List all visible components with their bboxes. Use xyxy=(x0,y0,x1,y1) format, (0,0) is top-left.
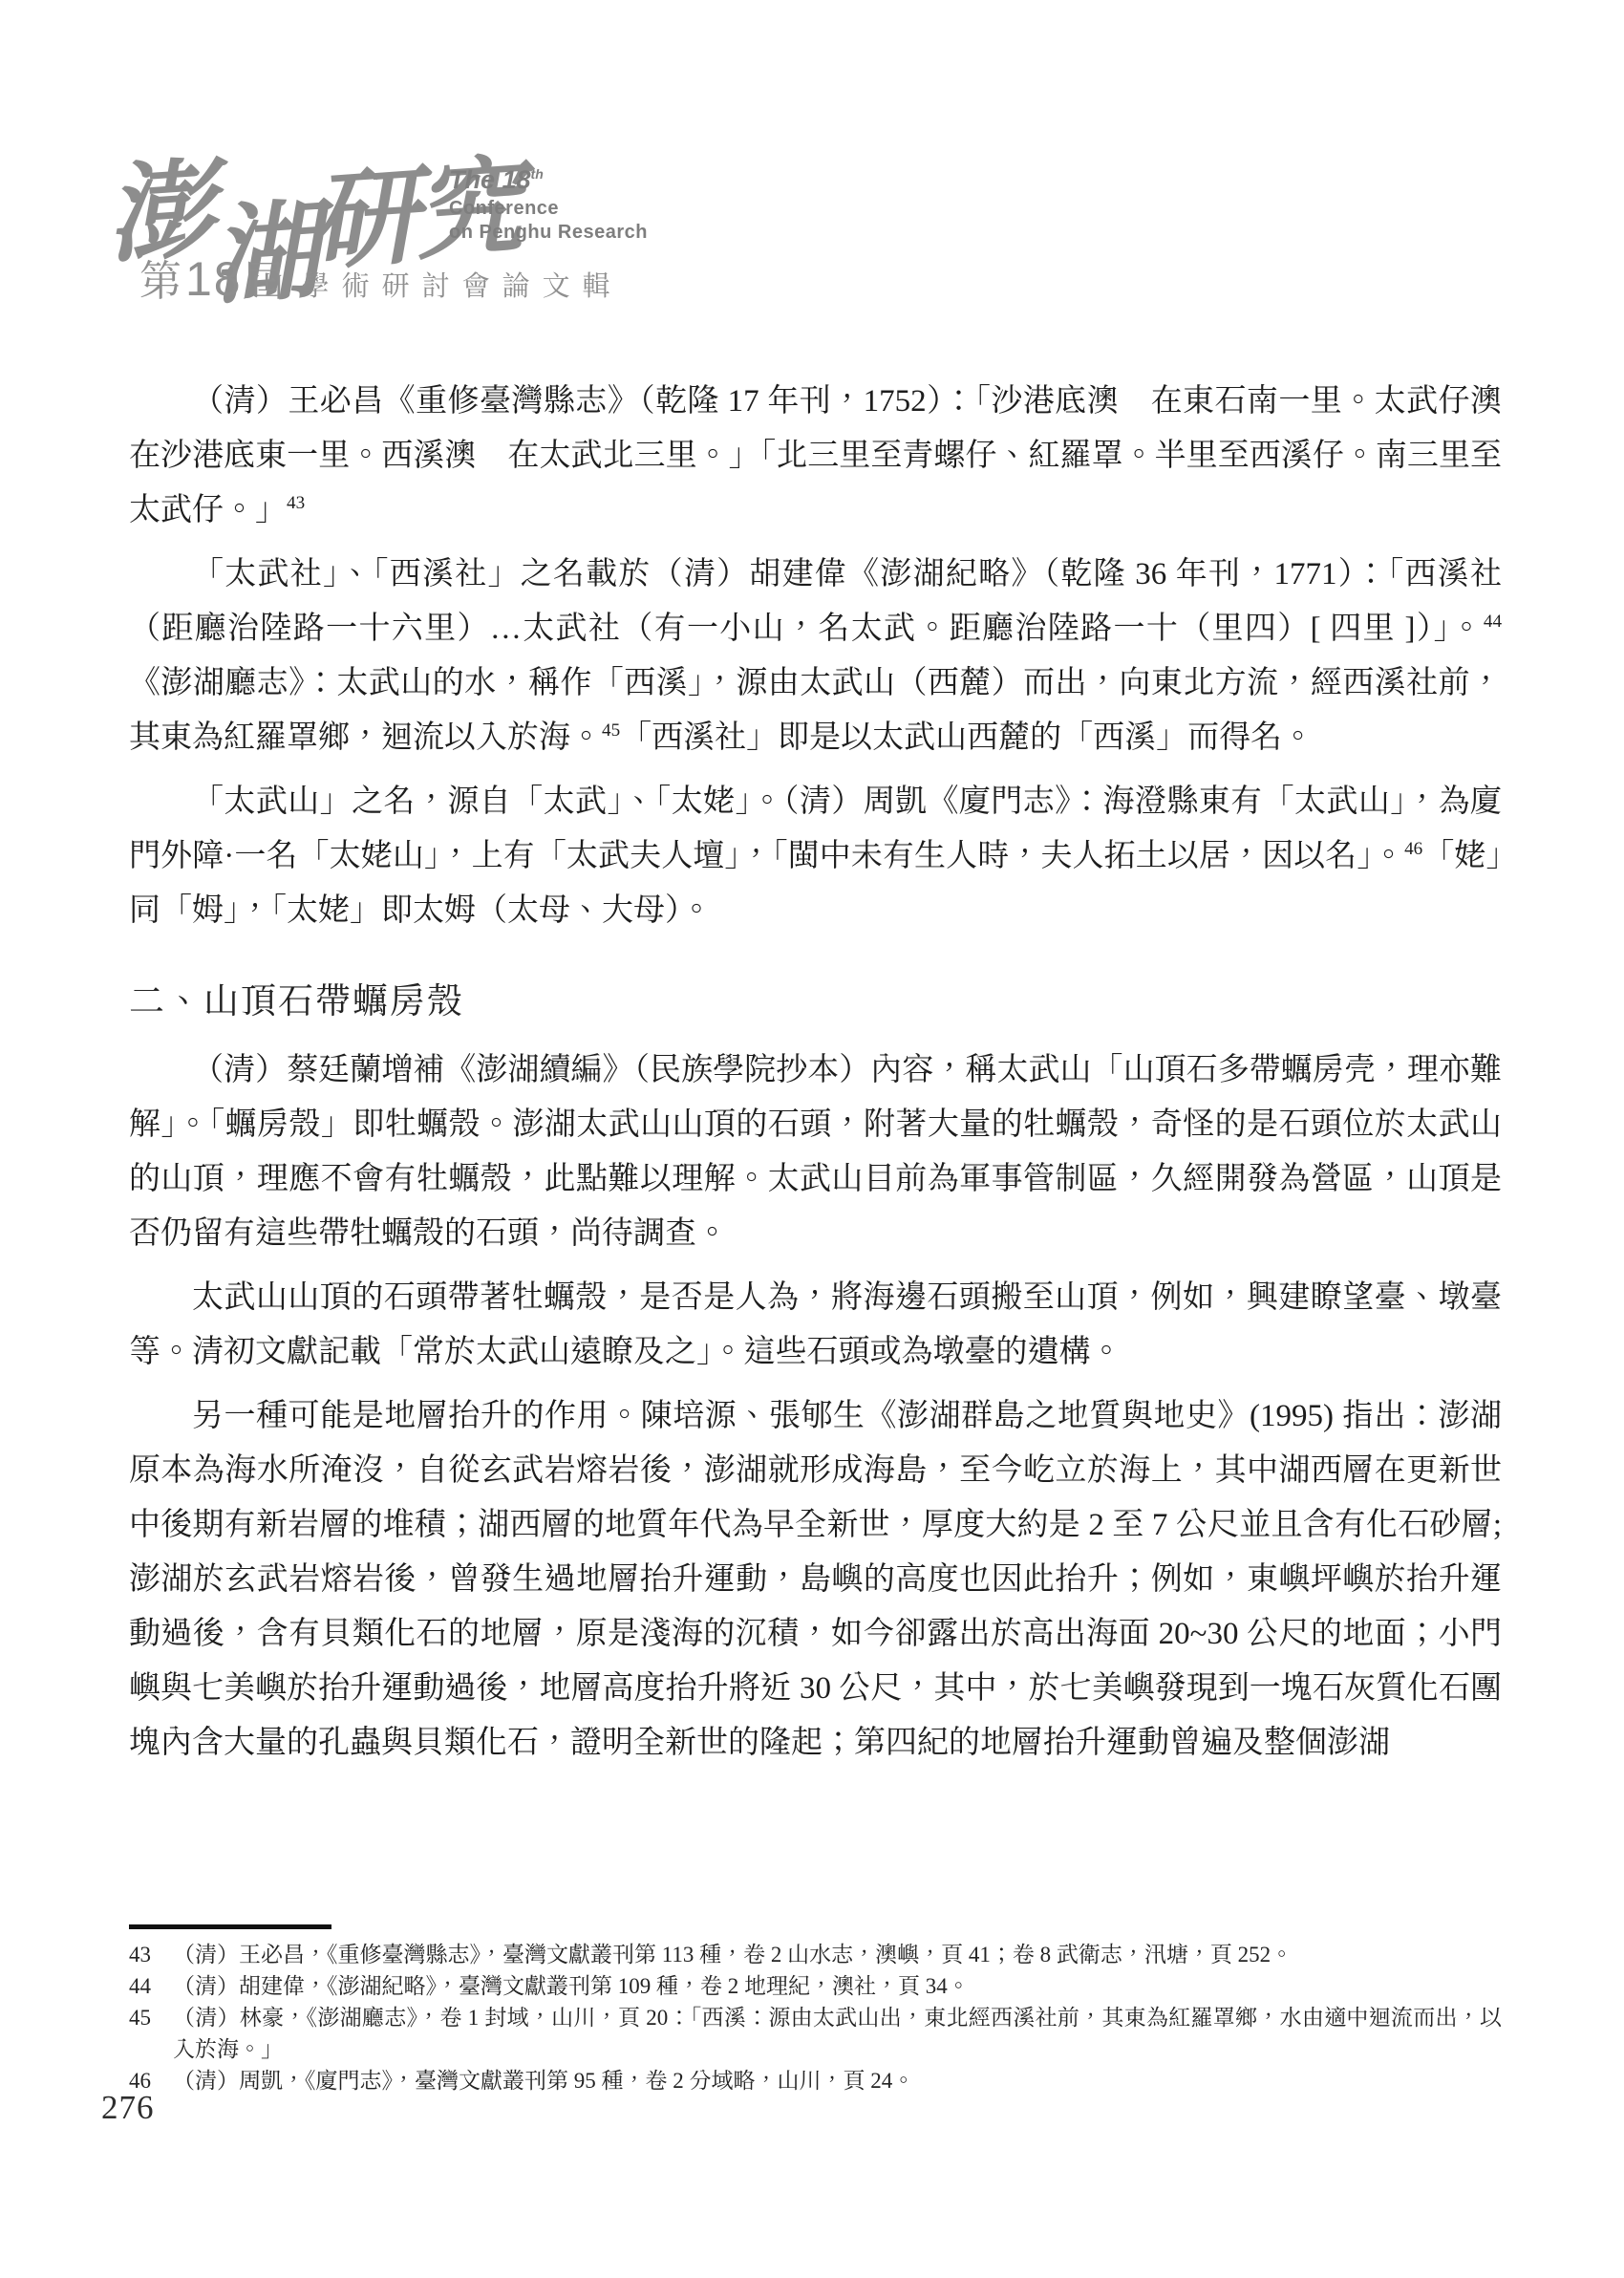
footnote-item-44: 44 （清）胡建偉，《澎湖紀略》，臺灣文獻叢刊第 109 種，卷 2 地理紀，澳… xyxy=(129,1970,1502,2002)
footnote-text: （清）王必昌，《重修臺灣縣志》，臺灣文獻叢刊第 113 種，卷 2 山水志，澳嶼… xyxy=(173,1939,1502,1970)
series-title-line: 第18屆學術研討會論文輯 xyxy=(139,247,623,308)
logo-english-subtitle: The 18th Conference on Penghu Research xyxy=(449,164,648,245)
footnote-item-45: 45 （清）林豪，《澎湖廳志》，卷 1 封域，山川，頁 20：「西溪：源由太武山… xyxy=(129,2002,1502,2065)
series-title: 學術研討會論文輯 xyxy=(302,271,623,302)
footnote-number: 43 xyxy=(129,1939,173,1970)
paragraph-1-text: （清）王必昌《重修臺灣縣志》（乾隆 17 年刊，1752）：「沙港底澳 在東石南… xyxy=(129,384,1533,527)
paragraph-6: 另一種可能是地層抬升的作用。陳培源、張郇生《澎湖群島之地質與地史》(1995) … xyxy=(129,1389,1502,1771)
ordinal-suffix: th xyxy=(531,166,544,182)
paragraph-2-seg3: 「西溪社」即是以太武山西麓的「西溪」而得名。 xyxy=(620,720,1314,755)
footnote-text: （清）周凱，《廈門志》，臺灣文獻叢刊第 95 種，卷 2 分域略，山川，頁 24… xyxy=(173,2065,1502,2096)
logo-penghu-research-line: on Penghu Research xyxy=(449,221,648,245)
paragraph-3: 「太武山」之名，源自「太武」、「太姥」。（清）周凱《廈門志》：海澄縣東有「太武山… xyxy=(129,775,1502,938)
footnote-separator xyxy=(129,1924,331,1929)
series-number: 18 xyxy=(185,252,243,306)
logo-the-18th: The 18th xyxy=(449,164,648,197)
paragraph-5: 太武山山頂的石頭帶著牡蠣殼，是否是人為，將海邊石頭搬至山頂，例如，興建瞭望臺、墩… xyxy=(129,1271,1502,1380)
series-suffix: 屆 xyxy=(243,258,288,305)
footnote-text: （清）胡建偉，《澎湖紀略》，臺灣文獻叢刊第 109 種，卷 2 地理紀，澳社，頁… xyxy=(173,1970,1502,2002)
paragraph-2: 「太武社」、「西溪社」之名載於（清）胡建偉《澎湖紀略》（乾隆 36 年刊，177… xyxy=(129,548,1502,765)
logo-conference-line: Conference xyxy=(449,197,648,221)
footnote-ref-46: 46 xyxy=(1404,839,1422,859)
paragraph-4: （清）蔡廷蘭增補《澎湖續編》（民族學院抄本）內容，稱太武山「山頂石多帶蠣房壳，理… xyxy=(129,1043,1502,1261)
footnote-ref-44: 44 xyxy=(1484,612,1502,632)
footnote-number: 44 xyxy=(129,1970,173,2002)
main-text-column: （清）王必昌《重修臺灣縣志》（乾隆 17 年刊，1752）：「沙港底澳 在東石南… xyxy=(129,375,1502,1780)
footnote-item-43: 43 （清）王必昌，《重修臺灣縣志》，臺灣文獻叢刊第 113 種，卷 2 山水志… xyxy=(129,1939,1502,1970)
document-page: 澎 湖 研 究 The 18th Conference on Penghu Re… xyxy=(0,0,1624,2278)
footnote-item-46: 46 （清）周凱，《廈門志》，臺灣文獻叢刊第 95 種，卷 2 分域略，山川，頁… xyxy=(129,2065,1502,2096)
page-number: 276 xyxy=(101,2089,155,2127)
footnote-ref-43: 43 xyxy=(287,493,305,513)
footnote-text: （清）林豪，《澎湖廳志》，卷 1 封域，山川，頁 20：「西溪：源由太武山出，東… xyxy=(173,2002,1502,2065)
footnote-ref-45: 45 xyxy=(602,720,620,741)
paragraph-3-seg1: 「太武山」之名，源自「太武」、「太姥」。（清）周凱《廈門志》：海澄縣東有「太武山… xyxy=(129,784,1502,873)
paragraph-1: （清）王必昌《重修臺灣縣志》（乾隆 17 年刊，1752）：「沙港底澳 在東石南… xyxy=(129,375,1502,538)
footnote-number: 45 xyxy=(129,2002,173,2065)
section-heading: 二、山頂石帶蠣房殼 xyxy=(129,978,1502,1026)
paragraph-2-seg1: 「太武社」、「西溪社」之名載於（清）胡建偉《澎湖紀略》（乾隆 36 年刊，177… xyxy=(129,557,1502,646)
series-prefix: 第 xyxy=(139,258,185,305)
footnote-section: 43 （清）王必昌，《重修臺灣縣志》，臺灣文獻叢刊第 113 種，卷 2 山水志… xyxy=(129,1924,1502,2096)
